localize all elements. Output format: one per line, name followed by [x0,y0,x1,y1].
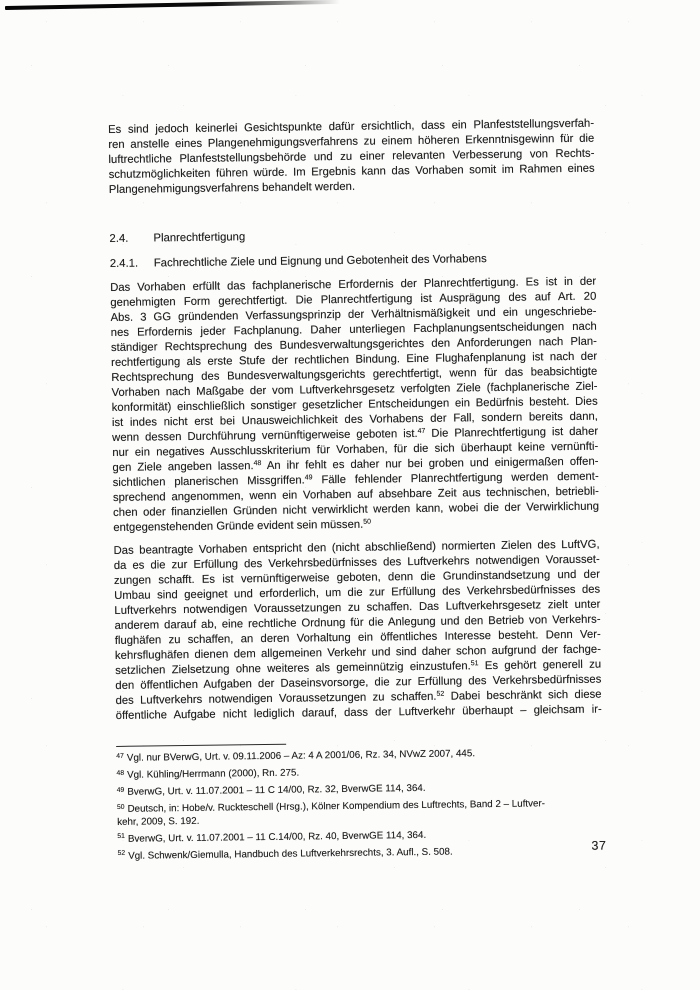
footnote-marker: 48 [116,769,124,776]
section-heading-2-4: 2.4. Planrechtfertigung [109,226,595,247]
footnote-marker: 52 [118,850,126,857]
body-paragraph-1: Das Vorhaben erfüllt das fachplanerische… [110,275,599,536]
footnote: 50Deutsch, in: Hobe/v. Ruckteschell (Hrs… [117,798,603,829]
body-paragraph-2: Das beantragte Vorhaben entspricht den (… [114,538,602,724]
section-title: Planrechtfertigung [153,230,245,246]
page-content: Es sind jedoch keinerlei Gesichtspunkte … [108,117,604,868]
footnote-marker: 49 [117,786,125,793]
footnotes-section: 47Vgl. nur BVerwG, Urt. v. 09.11.2006 – … [116,740,603,863]
scan-artifact-line [5,0,340,10]
footnote-ref: 50 [363,519,371,526]
scanned-document-page: Es sind jedoch keinerlei Gesichtspunkte … [0,0,700,990]
footnote-line: 49BverwG, Urt. v. 11.07.2001 – 11 C 14/0… [117,781,603,800]
section-number: 2.4.1. [110,256,154,272]
footnote-line: 47Vgl. nur BVerwG, Urt. v. 09.11.2006 – … [116,747,602,766]
footnote-marker: 50 [117,803,125,810]
footnote-marker: 47 [116,752,124,759]
section-heading-2-4-1: 2.4.1. Fachrechtliche Ziele und Eignung … [110,251,596,272]
section-number: 2.4. [109,231,153,247]
footnote-marker: 51 [117,833,125,840]
footnote-ref: 47 [418,428,426,435]
footnote-ref: 49 [305,474,313,481]
footnote-ref: 51 [471,660,479,667]
section-title: Fachrechtliche Ziele und Eignung und Geb… [154,252,487,271]
footnote-list: 47Vgl. nur BVerwG, Urt. v. 09.11.2006 – … [116,747,603,863]
footnote-ref: 48 [254,460,262,467]
footnote-separator-rule [116,744,286,747]
footnote: 48Vgl. Kühling/Herrmann (2000), Rn. 275. [116,764,602,783]
footnote-line: 51BverwG, Urt. v. 11.07.2001 – 11 C.14/0… [117,827,603,846]
footnote: 51BverwG, Urt. v. 11.07.2001 – 11 C.14/0… [117,827,603,846]
footnote-line: 52Vgl. Schwenk/Giemulla, Handbuch des Lu… [118,844,604,863]
page-number: 37 [591,839,606,854]
footnote-ref: 52 [436,691,444,698]
footnote: 47Vgl. nur BVerwG, Urt. v. 09.11.2006 – … [116,747,602,766]
footnote: 49BverwG, Urt. v. 11.07.2001 – 11 C 14/0… [117,781,603,800]
intro-paragraph: Es sind jedoch keinerlei Gesichtspunkte … [108,117,595,198]
footnote-line: 48Vgl. Kühling/Herrmann (2000), Rn. 275. [116,764,602,783]
footnote: 52Vgl. Schwenk/Giemulla, Handbuch des Lu… [118,844,604,863]
